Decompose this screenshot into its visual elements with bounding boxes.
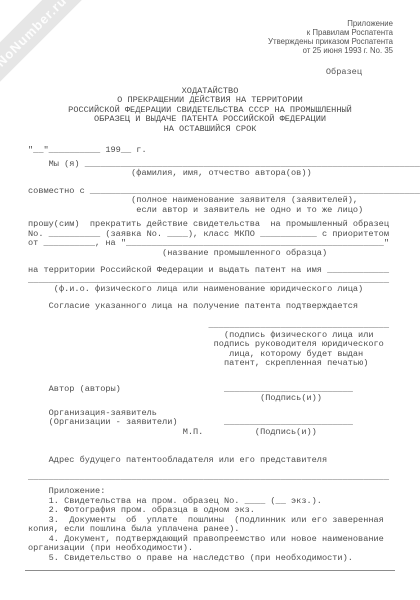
- attachment-item-5: 5. Свидетельство о праве на наследство (…: [28, 554, 420, 564]
- seal-and-signature-row: М.П. (Подпись(и)): [28, 428, 420, 438]
- document-body: "__"__________ 199__ г. Мы (я) _________…: [0, 146, 420, 571]
- bottom-divider: [25, 570, 395, 571]
- date-line: "__"__________ 199__ г.: [28, 146, 420, 156]
- document-title: ХОДАТАЙСТВО О ПРЕКРАЩЕНИИ ДЕЙСТВИЯ НА ТЕ…: [0, 87, 420, 135]
- consent-statement: Согласие указанного лица на получение па…: [28, 302, 420, 312]
- design-name-caption: (название промышленного образца): [28, 249, 420, 259]
- address-field-line: ________________________________________…: [28, 473, 420, 483]
- sample-label: Образец: [0, 68, 420, 78]
- author-signature-caption: (Подпись(и)): [28, 394, 420, 404]
- consent-signature-caption-4: патент, скрепленная печатью): [28, 359, 420, 369]
- author-name-caption: (фамилия, имя, отчество автора(ов)): [28, 169, 420, 179]
- document-title-line: НА ОСТАВШИЙСЯ СРОК: [0, 125, 420, 135]
- patentee-name-caption: (ф.и.о. физического лица или наименовани…: [28, 285, 420, 295]
- document-page: NoNumber.ru Приложение к Правилам Роспат…: [0, 0, 420, 600]
- address-label: Адрес будущего патентообладателя или его…: [28, 456, 420, 466]
- approval-header-line: от 25 июня 1993 г. No. 35: [0, 46, 393, 55]
- approval-header-line: Утверждены приказом Роспатента: [0, 37, 393, 46]
- approval-header-line: к Правилам Роспатента: [0, 28, 393, 37]
- joint-with-caption-2: если автор и заявитель не одно и то же л…: [28, 206, 420, 216]
